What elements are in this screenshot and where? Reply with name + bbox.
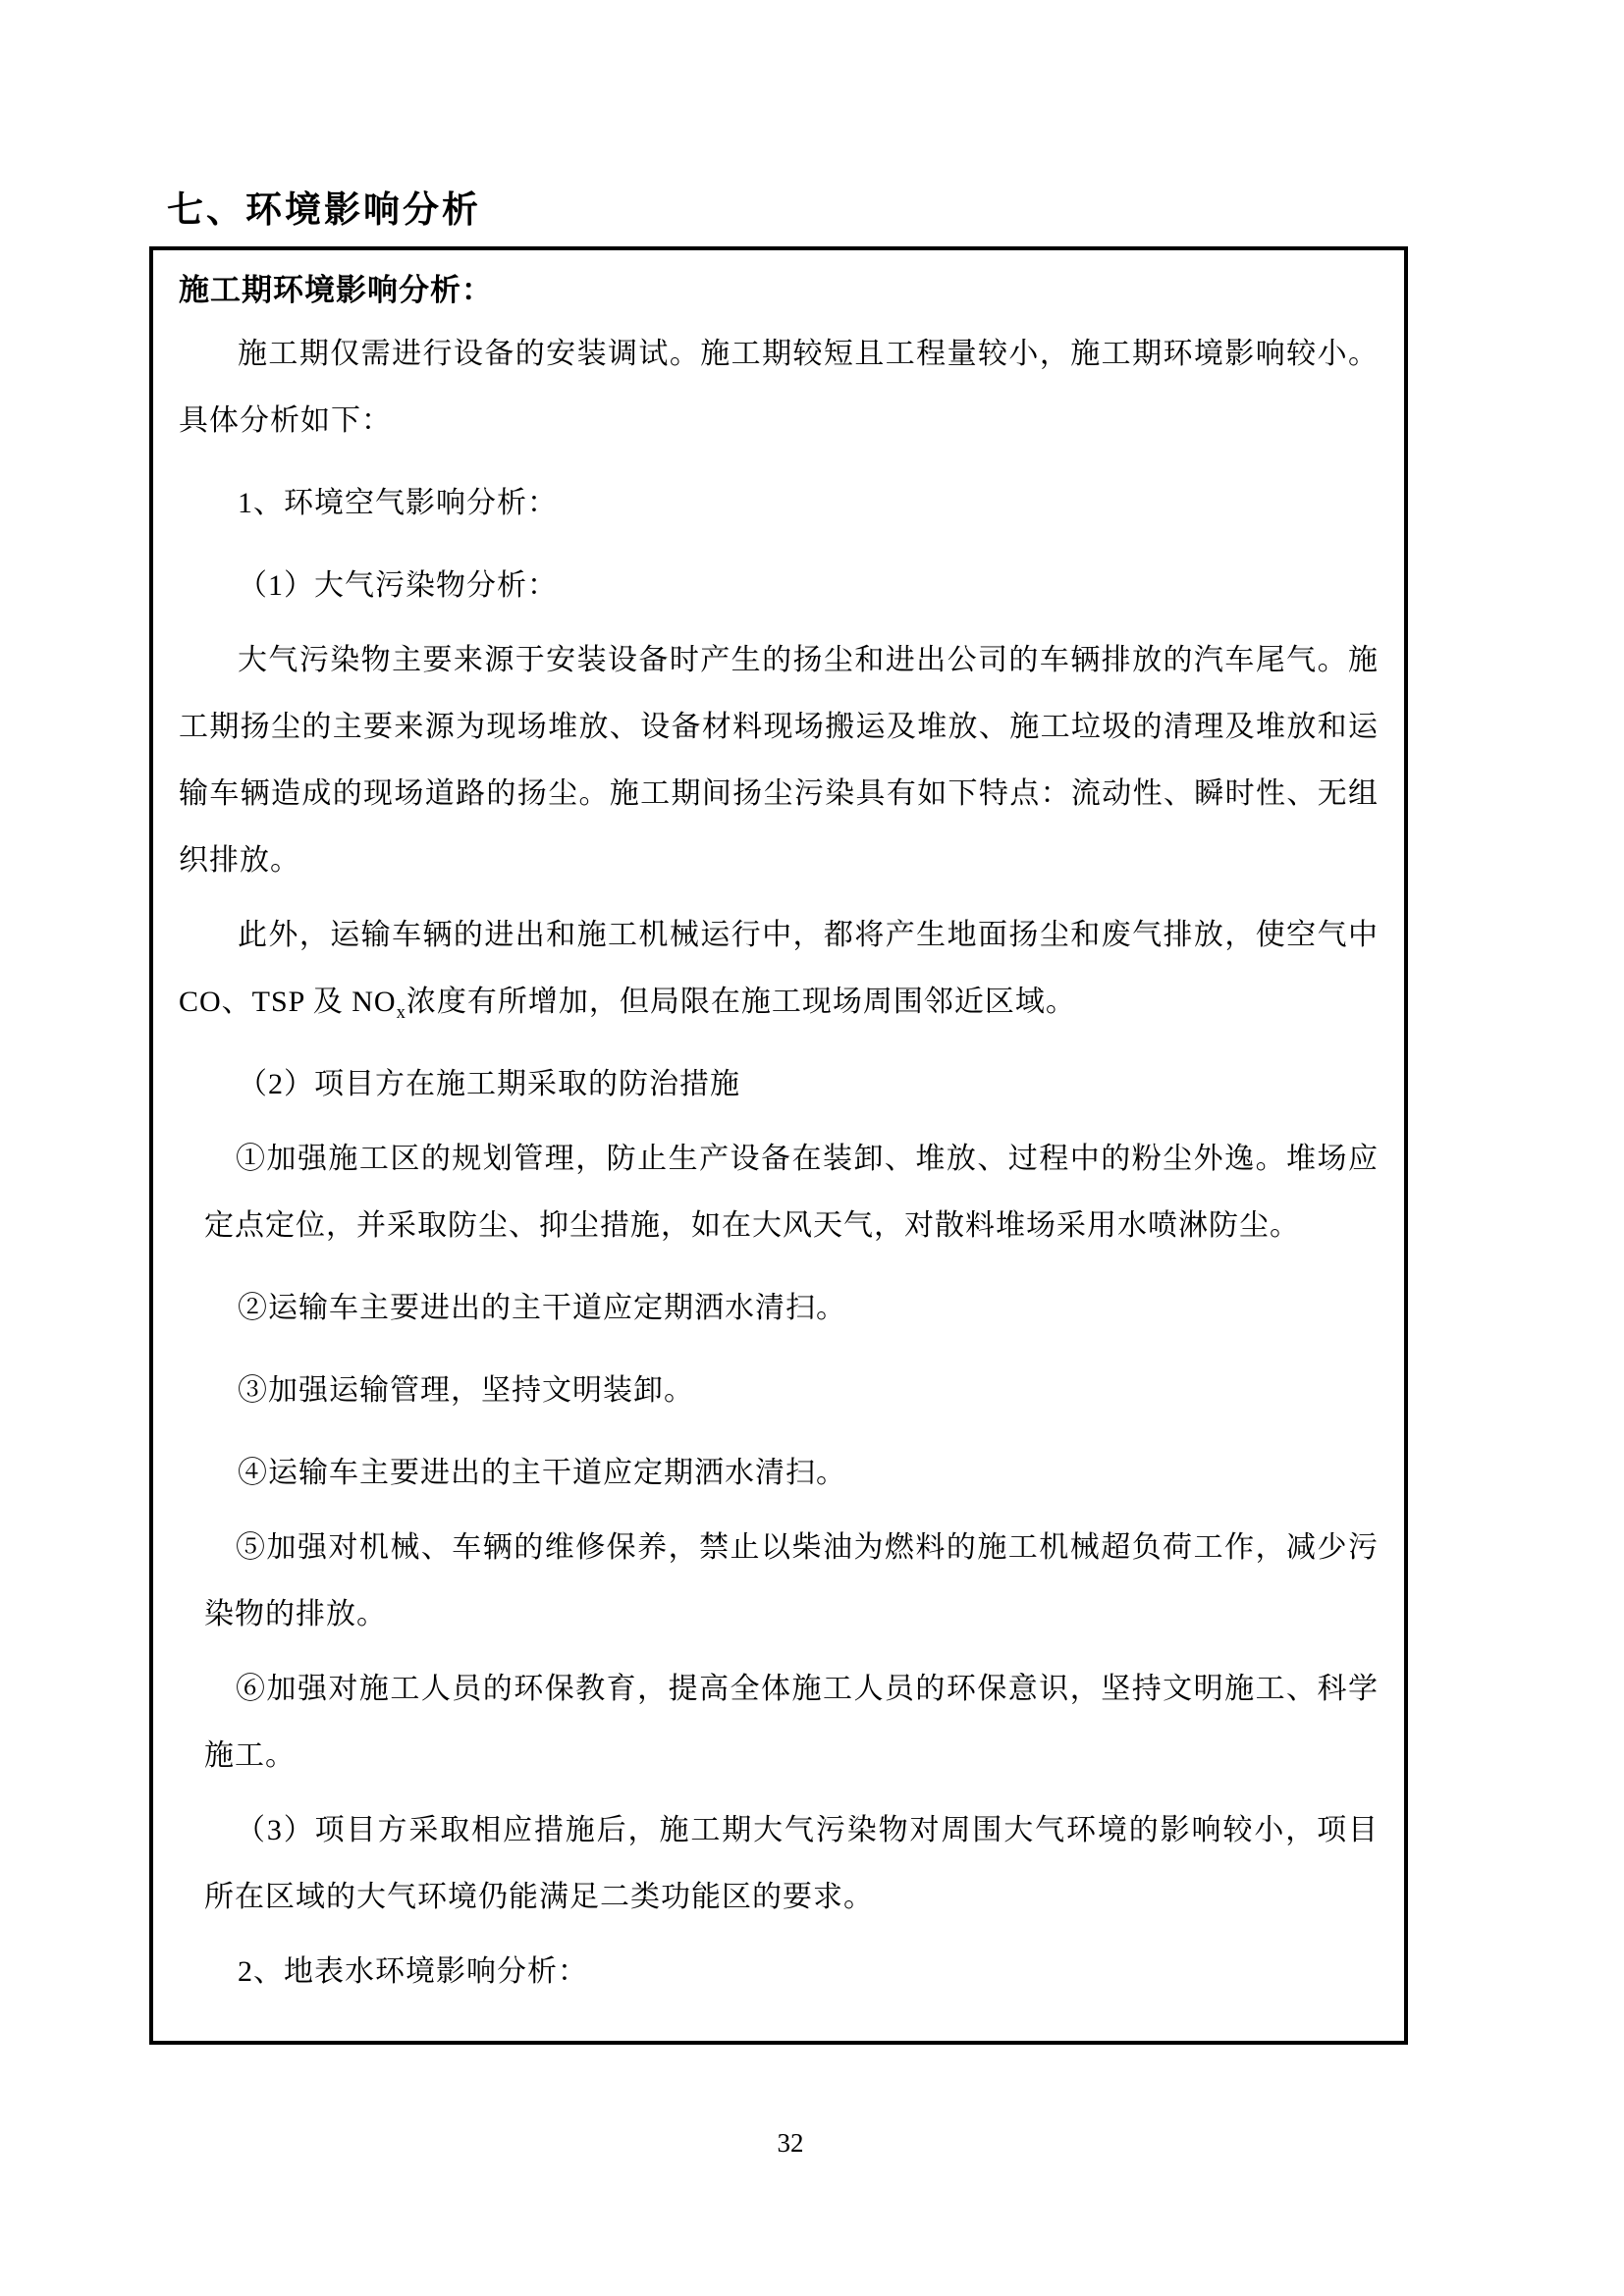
page-number: 32 xyxy=(0,2128,1581,2159)
measure-item-4: ④运输车主要进出的主干道应定期洒水清扫。 xyxy=(179,1440,1379,1507)
measure-item-1: ①加强施工区的规划管理，防止生产设备在装卸、堆放、过程中的粉尘外逸。堆场应 定点… xyxy=(179,1126,1379,1259)
paragraph-air-pollutant-sources: 大气污染物主要来源于安装设备时产生的扬尘和进出公司的车辆排放的汽车尾气。施工期扬… xyxy=(179,627,1379,894)
measure-item-3: ③加强运输管理，坚持文明装卸。 xyxy=(179,1358,1379,1424)
document-page: 七、环境影响分析 施工期环境影响分析： 施工期仅需进行设备的安装调试。施工期较短… xyxy=(0,0,1624,2296)
measure-item-2: ②运输车主要进出的主干道应定期洒水清扫。 xyxy=(179,1275,1379,1342)
paragraph-vehicle-emissions-post: 浓度有所增加，但局限在施工现场周围邻近区域。 xyxy=(406,986,1076,1018)
measure-item-6: ⑥加强对施工人员的环保教育，提高全体施工人员的环保意识，坚持文明施工、科学 施工… xyxy=(179,1656,1379,1789)
heading-air-impact-analysis: 1、环境空气影响分析： xyxy=(179,470,1379,537)
paragraph-intro: 施工期仅需进行设备的安装调试。施工期较短且工程量较小，施工期环境影响较小。具体分… xyxy=(179,321,1379,454)
section-title: 七、环境影响分析 xyxy=(167,180,481,233)
measure-item-5: ⑤加强对机械、车辆的维修保养，禁止以柴油为燃料的施工机械超负荷工作，减少污 染物… xyxy=(179,1515,1379,1648)
paragraph-vehicle-emissions: 此外，运输车辆的进出和施工机械运行中，都将产生地面扬尘和废气排放，使空气中 CO… xyxy=(179,902,1379,1036)
content-box: 施工期环境影响分析： 施工期仅需进行设备的安装调试。施工期较短且工程量较小，施工… xyxy=(149,246,1408,2045)
heading-air-pollutant-analysis: （1）大气污染物分析： xyxy=(179,553,1379,619)
heading-surface-water-analysis: 2、地表水环境影响分析： xyxy=(179,1939,1379,2005)
nox-subscript: x xyxy=(397,1002,406,1023)
content-heading: 施工期环境影响分析： xyxy=(179,260,1379,321)
paragraph-conclusion: （3）项目方采取相应措施后，施工期大气污染物对周围大气环境的影响较小，项目 所在… xyxy=(179,1797,1379,1931)
heading-prevention-measures: （2）项目方在施工期采取的防治措施 xyxy=(179,1051,1379,1118)
